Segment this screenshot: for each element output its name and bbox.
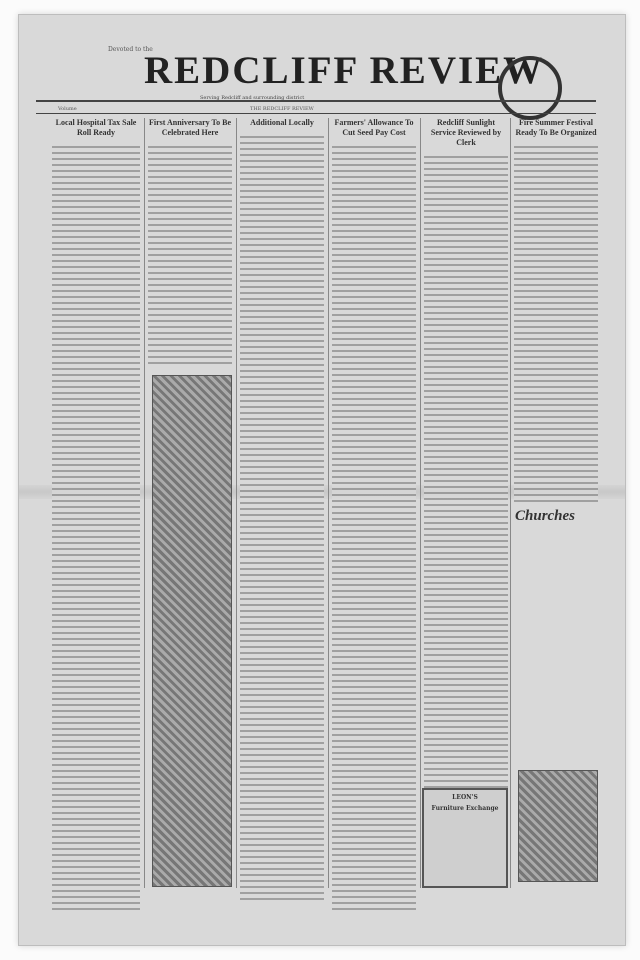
article-text [514,144,598,504]
headline-5: Redcliff Sunlight Service Reviewed by Cl… [424,118,508,148]
advertisement-box: LEON'S Furniture Exchange [422,788,508,888]
column-3: Additional Locally [240,118,324,888]
newspaper-title: REDCLIFF REVIEW [144,48,544,93]
article-text [424,154,508,794]
halftone-image [518,770,598,882]
headline-1: Local Hospital Tax Sale Roll Ready [52,118,140,138]
headline-6: Fire Summer Festival Ready To Be Organiz… [514,118,598,138]
article-text [52,144,140,914]
headline-2: First Anniversary To Be Celebrated Here [148,118,232,138]
article-text [332,144,416,914]
halftone-image [152,375,232,887]
column-5: Redcliff Sunlight Service Reviewed by Cl… [424,118,508,888]
column-divider [144,118,145,888]
column-divider [510,118,511,888]
column-divider [328,118,329,888]
column-divider [420,118,421,888]
masthead-rule [36,100,596,102]
issue-info: THE REDCLIFF REVIEW [250,106,314,112]
dateline-rule [36,113,596,114]
headline-4: Farmers' Allowance To Cut Seed Pay Cost [332,118,416,138]
column-divider [236,118,237,888]
column-4: Farmers' Allowance To Cut Seed Pay Cost [332,118,416,888]
issue-volume: Volume [58,106,77,112]
ad-title: LEON'S [424,794,506,801]
column-1: Local Hospital Tax Sale Roll Ready [52,118,140,888]
headline-3: Additional Locally [240,118,324,128]
article-text [240,134,324,904]
seal-emblem-icon [498,56,562,120]
ad-subtitle: Furniture Exchange [424,805,506,812]
article-text [148,144,232,364]
masthead: Devoted to the REDCLIFF REVIEW Serving R… [40,40,560,100]
churches-heading: Churches [515,508,575,525]
